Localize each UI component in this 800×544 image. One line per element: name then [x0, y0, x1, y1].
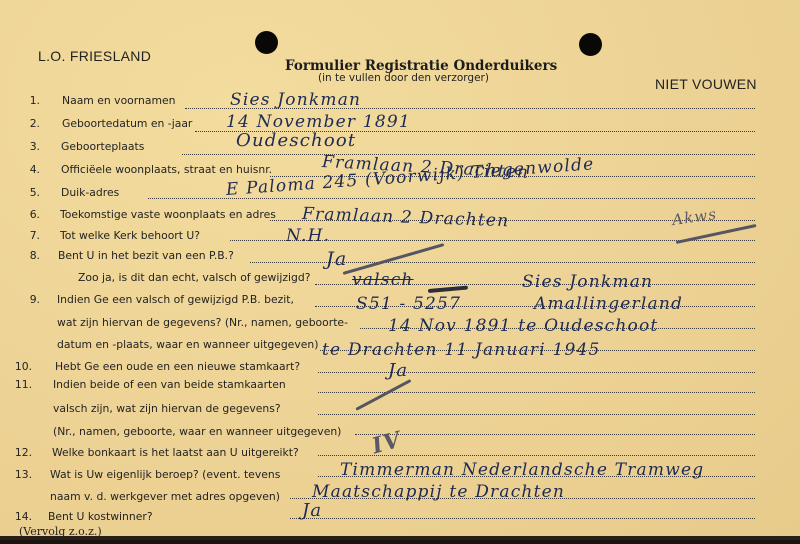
answer-pb-issued: te Drachten 11 Januari 1945 — [322, 340, 601, 360]
question-label: Bent U kostwinner? — [48, 510, 153, 523]
question-label: Welke bonkaart is het laatst aan U uitge… — [52, 446, 299, 459]
question-number: 1. — [18, 94, 40, 107]
answer-line — [182, 154, 755, 155]
answer-name: Sies Jonkman — [230, 90, 361, 110]
question-label: naam v. d. werkgever met adres opgeven) — [50, 490, 280, 503]
question-label: valsch zijn, wat zijn hiervan de gegeven… — [53, 402, 281, 415]
question-label: datum en -plaats, waar en wanneer uitgeg… — [57, 338, 318, 351]
answer-pb-birth: 14 Nov 1891 te Oudeschoot — [388, 316, 658, 336]
question-number: 11. — [10, 378, 32, 391]
question-label: Zoo ja, is dit dan echt, valsch of gewij… — [78, 271, 310, 284]
answer-breadwinner: Ja — [302, 500, 322, 521]
question-label: Hebt Ge een oude en een nieuwe stamkaart… — [55, 360, 300, 373]
question-label: Bent U in het bezit van een P.B.? — [58, 249, 234, 262]
question-number: 10. — [10, 360, 32, 373]
question-number: 12. — [10, 446, 32, 459]
question-label: (Nr., namen, geboorte, waar en wanneer u… — [53, 425, 341, 438]
question-label: Toekomstige vaste woonplaats en adres — [60, 208, 276, 221]
question-number: 7. — [18, 229, 40, 242]
question-number: 14. — [10, 510, 32, 523]
question-label: Officiëele woonplaats, straat en huisnr. — [61, 163, 272, 176]
question-number: 5. — [18, 186, 40, 199]
question-label: Naam en voornamen — [62, 94, 176, 107]
answer-pb-name: Sies Jonkman — [522, 272, 653, 292]
answer-line — [290, 518, 755, 519]
question-number: 13. — [10, 468, 32, 481]
question-label: Tot welke Kerk behoort U? — [60, 229, 200, 242]
organization-label: L.O. FRIESLAND — [38, 48, 151, 64]
answer-birthdate: 14 November 1891 — [226, 112, 411, 132]
answer-profession-line1: Timmerman Nederlandsche Tramweg — [340, 460, 704, 480]
punch-hole-left — [255, 31, 278, 54]
scribble-mark — [428, 286, 468, 293]
do-not-fold-notice: NIET VOUWEN — [655, 76, 757, 92]
question-number: 2. — [18, 117, 40, 130]
answer-birthplace: Oudeschoot — [236, 130, 356, 151]
question-label: wat zijn hiervan de gegevens? (Nr., name… — [57, 316, 348, 329]
question-number: 8. — [18, 249, 40, 262]
question-label: Wat is Uw eigenlijk beroep? (event. teve… — [50, 468, 280, 481]
answer-future-address: Framlaan 2 Drachten — [302, 204, 510, 231]
question-number: 4. — [18, 163, 40, 176]
pencil-stroke — [355, 379, 411, 411]
punch-hole-right — [579, 33, 602, 56]
continued-overleaf-note: (Vervolg z.o.z.) — [19, 525, 102, 538]
answer-line — [318, 372, 755, 373]
question-label: Duik-adres — [61, 186, 119, 199]
answer-line — [318, 414, 755, 415]
question-number: 3. — [18, 140, 40, 153]
question-number: 9. — [18, 293, 40, 306]
answer-line — [355, 434, 755, 435]
form-subtitle: (in te vullen door den verzorger) — [318, 72, 489, 84]
question-label: Geboortedatum en -jaar — [62, 117, 192, 130]
answer-profession-line2: Maatschappij te Drachten — [312, 482, 565, 502]
question-label: Indien Ge een valsch of gewijzigd P.B. b… — [57, 293, 294, 306]
question-label: Indien beide of een van beide stamkaarte… — [53, 378, 286, 391]
answer-pb-type: valsch — [352, 270, 414, 290]
answer-has-pb: Ja — [326, 248, 347, 270]
registration-card: L.O. FRIESLAND Formulier Registratie Ond… — [0, 0, 800, 540]
question-number: 6. — [18, 208, 40, 221]
answer-pb-issuer: Amallingerland — [534, 294, 683, 314]
answer-church: N.H. — [286, 226, 330, 246]
pencil-note: Akws — [671, 205, 718, 229]
answer-stamkaart: Ja — [388, 360, 408, 381]
question-label: Geboorteplaats — [61, 140, 144, 153]
answer-pb-number: S51 - 5257 — [356, 294, 461, 314]
